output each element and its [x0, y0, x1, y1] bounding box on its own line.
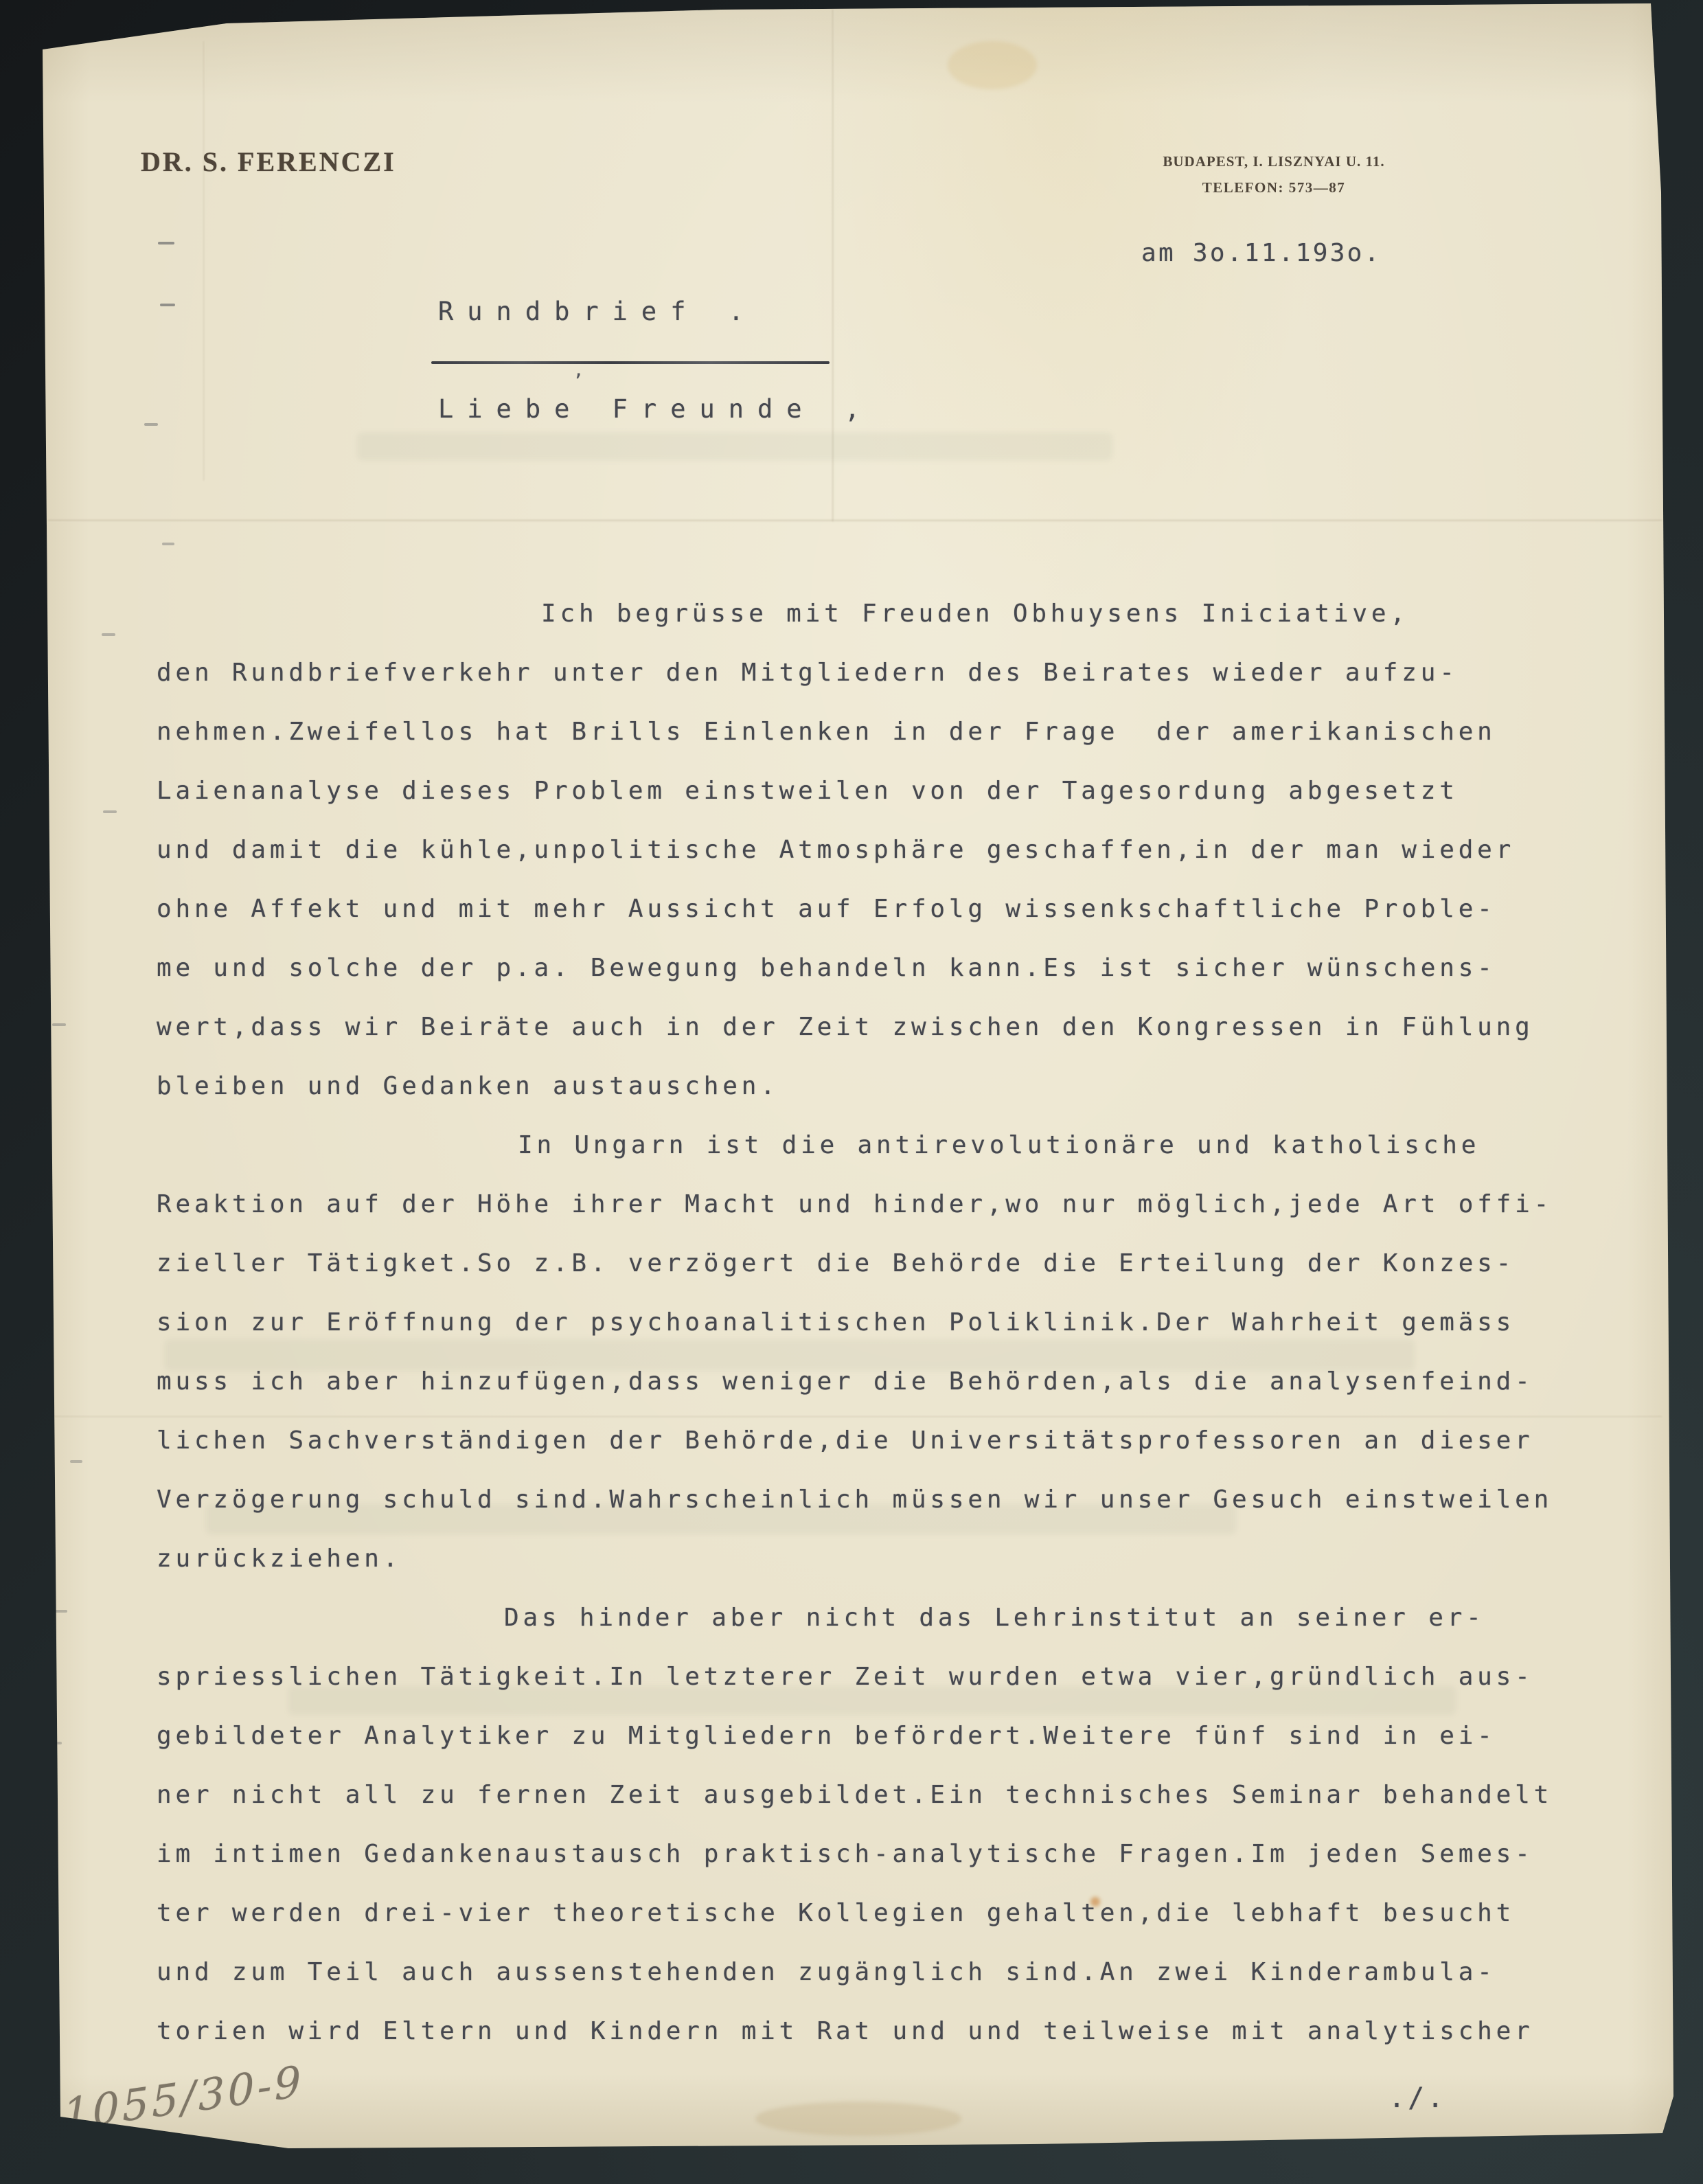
paper-stain [948, 41, 1037, 89]
vertical-fold-crease [203, 41, 205, 481]
margin-mark [52, 1023, 66, 1026]
letter-line: den Rundbriefverkehr unter den Mitgliede… [157, 644, 1626, 703]
stray-type-mark: ’ [573, 371, 584, 391]
bleed-through-smudge [357, 433, 1112, 460]
letter-line: ter werden drei-vier theoretische Kolleg… [157, 1884, 1626, 1943]
margin-mark [49, 1742, 62, 1744]
letter-line: zieller Tätigket.So z.B. verzögert die B… [157, 1234, 1626, 1293]
letter-line: gebildeter Analytiker zu Mitgliedern bef… [157, 1707, 1626, 1766]
letter-line: me und solche der p.a. Bewegung behandel… [157, 939, 1626, 998]
scanned-letter-page: DR. S. FERENCZI BUDAPEST, I. LISZNYAI U.… [0, 0, 1703, 2184]
letter-line: Ich begrüsse mit Freuden Obhuysens Inici… [157, 584, 1626, 644]
margin-mark [55, 1610, 67, 1613]
letter-line: zurückziehen. [157, 1529, 1626, 1589]
horizontal-fold-crease [48, 520, 1662, 522]
letterhead-telefon-line: TELEFON: 573—87 [1126, 179, 1421, 196]
margin-mark [102, 633, 115, 636]
margin-mark [70, 1460, 82, 1463]
margin-mark [160, 304, 175, 306]
letter-title: Rundbrief . [438, 297, 757, 326]
letterhead-sender-name: DR. S. FERENCZI [141, 146, 396, 178]
margin-mark [144, 423, 158, 426]
archive-number-handwritten: 1055/30-9 [62, 2056, 304, 2140]
title-underline [431, 361, 830, 364]
letter-line: wert,dass wir Beiräte auch in der Zeit z… [157, 998, 1626, 1057]
letterhead-address-block: BUDAPEST, I. LISZNYAI U. 11. TELEFON: 57… [1126, 152, 1421, 196]
margin-mark [158, 242, 174, 244]
letterhead-address-line: BUDAPEST, I. LISZNYAI U. 11. [1126, 152, 1421, 170]
letter-line: bleiben und Gedanken austauschen. [157, 1057, 1626, 1116]
paper-stain [755, 2102, 961, 2136]
letter-line: muss ich aber hinzufügen,dass weniger di… [157, 1352, 1626, 1411]
letter-line: ohne Affekt und mit mehr Aussicht auf Er… [157, 880, 1626, 939]
letter-line: und zum Teil auch aussenstehenden zugäng… [157, 1943, 1626, 2002]
letter-line: lichen Sachverständigen der Behörde,die … [157, 1411, 1626, 1470]
letter-line: In Ungarn ist die antirevolutionäre und … [157, 1116, 1626, 1175]
letter-line: nehmen.Zweifellos hat Brills Einlenken i… [157, 703, 1626, 762]
letter-line: Verzögerung schuld sind.Wahrscheinlich m… [157, 1470, 1626, 1529]
letter-line: im intimen Gedankenaustausch praktisch-a… [157, 1825, 1626, 1884]
margin-mark [162, 543, 174, 545]
continuation-mark: ./. [1388, 2082, 1446, 2114]
paper-sheet: DR. S. FERENCZI BUDAPEST, I. LISZNYAI U.… [0, 0, 1703, 2184]
letter-line: Laienanalyse dieses Problem einstweilen … [157, 762, 1626, 821]
letter-line: torien wird Eltern und Kindern mit Rat u… [157, 2002, 1626, 2061]
letter-line: ner nicht all zu fernen Zeit ausgebildet… [157, 1766, 1626, 1825]
salutation: Liebe Freunde , [438, 394, 873, 424]
letter-body: Ich begrüsse mit Freuden Obhuysens Inici… [157, 584, 1626, 2061]
letter-line: und damit die kühle,unpolitische Atmosph… [157, 821, 1626, 880]
letter-line: sion zur Eröffnung der psychoanalitische… [157, 1293, 1626, 1352]
margin-mark [103, 810, 117, 813]
letter-line: Das hinder aber nicht das Lehrinstitut a… [157, 1589, 1626, 1648]
letter-line: spriesslichen Tätigkeit.In letzterer Zei… [157, 1648, 1626, 1707]
letter-line: Reaktion auf der Höhe ihrer Macht und hi… [157, 1175, 1626, 1234]
date-line: am 3o.11.193o. [1141, 239, 1382, 267]
